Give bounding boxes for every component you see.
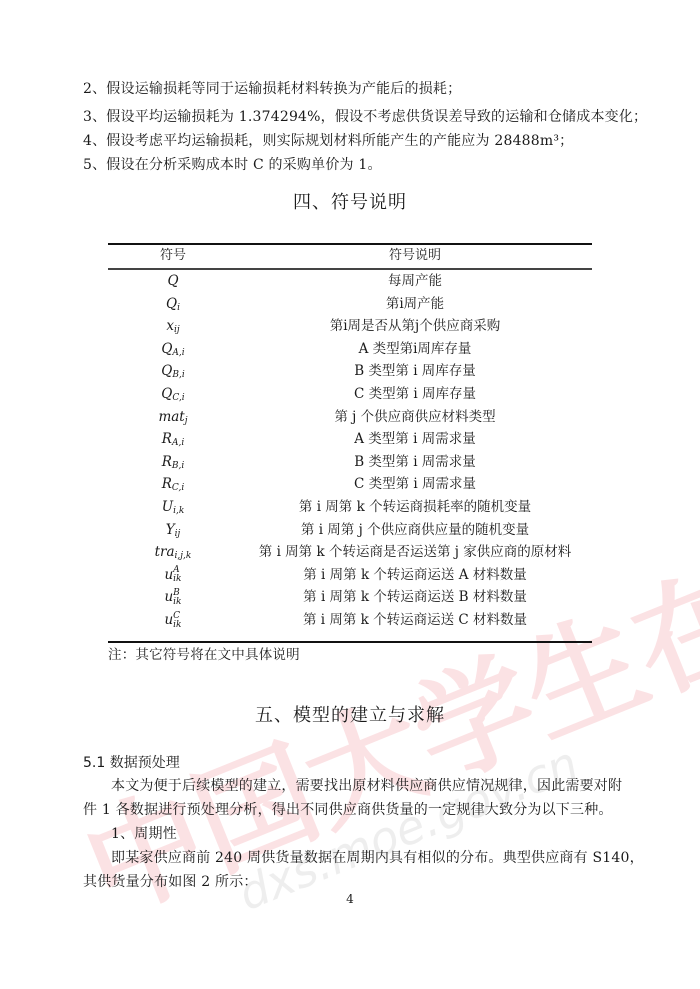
table-note: 注：其它符号将在文中具体说明 [108, 645, 300, 665]
assumption-5: 5、假设在分析采购成本时 C 的采购单价为 1。 [83, 155, 382, 175]
description-cell: 第 i 周第 k 个转运商是否运送第 j 家供应商的原材料 [238, 541, 592, 564]
symbol-cell: Qi [108, 293, 238, 316]
description-cell: 第 i 周第 k 个转运商运送 A 材料数量 [238, 564, 592, 587]
section-title-model: 五、模型的建立与求解 [0, 701, 700, 727]
symbol-cell: Ui,k [108, 496, 238, 519]
table-row: RA,iA 类型第 i 周需求量 [108, 428, 592, 451]
description-cell: 第 i 周第 k 个转运商运送 B 材料数量 [238, 586, 592, 609]
symbol-cell: RB,i [108, 451, 238, 474]
subsection-title-data-preprocessing: 5.1 数据预处理 [83, 752, 180, 772]
table-row: Qi第i周产能 [108, 293, 592, 316]
table-row: QB,iB 类型第 i 周库存量 [108, 360, 592, 383]
table-row: Q每周产能 [108, 270, 592, 293]
paragraph-line-1: 本文为便于后续模型的建立，需要找出原材料供应商供应情况规律，因此需要对附 [111, 776, 622, 796]
table-row: Yij第 i 周第 j 个供应商供应量的随机变量 [108, 519, 592, 542]
table-row: QA,iA 类型第i周库存量 [108, 338, 592, 361]
description-cell: 第 j 个供应商供应材料类型 [238, 406, 592, 429]
description-cell: 第 i 周第 k 个转运商运送 C 材料数量 [238, 609, 592, 632]
table-row: xij第i周是否从第j个供应商采购 [108, 315, 592, 338]
table-row: trai,j,k第 i 周第 k 个转运商是否运送第 j 家供应商的原材料 [108, 541, 592, 564]
section-title-symbols: 四、符号说明 [0, 188, 700, 214]
assumption-4: 4、假设考虑平均运输损耗，则实际规划材料所能产生的产能应为 28488m³； [83, 131, 573, 151]
table-row: uAik第 i 周第 k 个转运商运送 A 材料数量 [108, 564, 592, 587]
description-cell: B 类型第 i 周需求量 [238, 451, 592, 474]
symbol-cell: trai,j,k [108, 541, 238, 564]
paragraph-line-3: 即某家供应商前 240 周供货量数据在周期内具有相似的分布。典型供应商有 S14… [111, 848, 644, 868]
description-cell: 第i周是否从第j个供应商采购 [238, 315, 592, 338]
header-description: 符号说明 [238, 245, 592, 268]
paragraph-line-2: 件 1 各数据进行预处理分析，得出不同供应商供货量的一定规律大致分为以下三种。 [83, 800, 613, 820]
symbol-cell: xij [108, 315, 238, 338]
table-row: RC,iC 类型第 i 周需求量 [108, 473, 592, 496]
symbol-cell: uBik [108, 586, 238, 609]
paragraph-line-4: 其供货量分布如图 2 所示： [83, 872, 258, 892]
symbol-cell: RC,i [108, 473, 238, 496]
symbol-cell: QA,i [108, 338, 238, 361]
table-row: matj第 j 个供应商供应材料类型 [108, 406, 592, 429]
assumption-3: 3、假设平均运输损耗为 1.374294%，假设不考虑供货误差导致的运输和仓储成… [83, 107, 647, 127]
symbol-cell: uCik [108, 609, 238, 632]
symbol-cell: uAik [108, 564, 238, 587]
table-row: uBik第 i 周第 k 个转运商运送 B 材料数量 [108, 586, 592, 609]
symbol-cell: matj [108, 406, 238, 429]
symbol-cell: Yij [108, 519, 238, 542]
description-cell: A 类型第 i 周需求量 [238, 428, 592, 451]
description-cell: C 类型第 i 周库存量 [238, 383, 592, 406]
list-item-periodicity: 1、周期性 [111, 824, 177, 844]
header-symbol: 符号 [108, 245, 238, 268]
description-cell: 第i周产能 [238, 293, 592, 316]
table-bottom-rule [108, 641, 592, 643]
table-row: Ui,k第 i 周第 k 个转运商损耗率的随机变量 [108, 496, 592, 519]
description-cell: 每周产能 [238, 270, 592, 293]
description-cell: C 类型第 i 周需求量 [238, 473, 592, 496]
symbol-cell: Q [108, 270, 238, 293]
assumption-2: 2、假设运输损耗等同于运输损耗材料转换为产能后的损耗； [83, 79, 461, 99]
table-row: uCik第 i 周第 k 个转运商运送 C 材料数量 [108, 609, 592, 632]
symbol-cell: QC,i [108, 383, 238, 406]
description-cell: 第 i 周第 j 个供应商供应量的随机变量 [238, 519, 592, 542]
symbol-cell: RA,i [108, 428, 238, 451]
table-row: RB,iB 类型第 i 周需求量 [108, 451, 592, 474]
table-header-row: 符号 符号说明 [108, 245, 592, 268]
symbol-cell: QB,i [108, 360, 238, 383]
description-cell: A 类型第i周库存量 [238, 338, 592, 361]
page-number: 4 [0, 892, 700, 906]
description-cell: 第 i 周第 k 个转运商损耗率的随机变量 [238, 496, 592, 519]
description-cell: B 类型第 i 周库存量 [238, 360, 592, 383]
table-row: QC,iC 类型第 i 周库存量 [108, 383, 592, 406]
